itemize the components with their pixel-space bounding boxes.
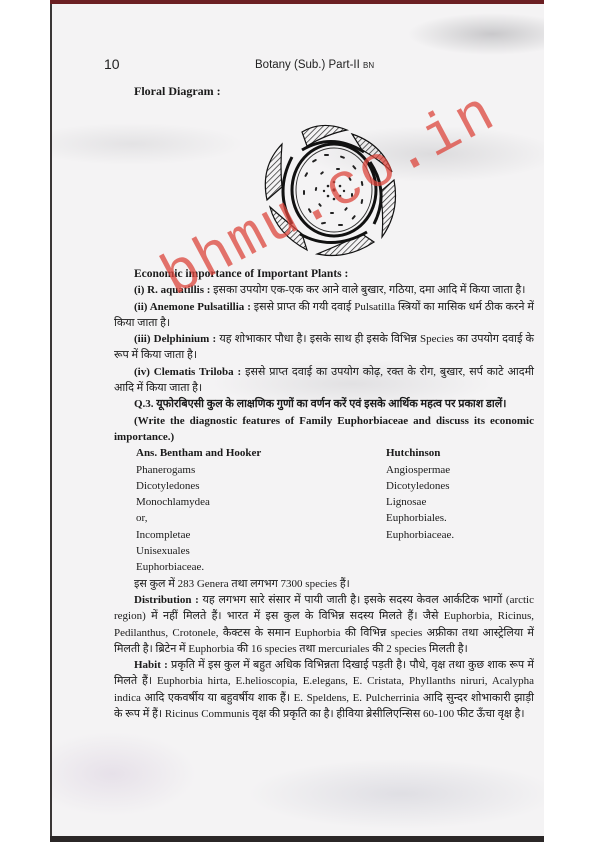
habit-paragraph: Habit : प्रकृति में इस कुल में बहुत अधिक… bbox=[114, 657, 534, 722]
economic-item: (ii) Anemone Pulsatillia : इससे प्राप्त … bbox=[114, 299, 534, 332]
classification-table: Ans. Bentham and Hooker Phanerogams Dico… bbox=[114, 445, 534, 575]
plant-name: (iii) Delphinium : bbox=[134, 333, 216, 345]
hutchinson-heading: Hutchinson bbox=[386, 445, 544, 461]
classification-rank: Unisexuales bbox=[136, 543, 386, 559]
plant-name: (ii) Anemone Pulsatillia : bbox=[134, 301, 251, 313]
question-english-text: (Write the diagnostic features of Family… bbox=[114, 415, 534, 443]
classification-rank: Incompletae bbox=[136, 527, 386, 543]
floral-diagram-icon bbox=[252, 112, 412, 262]
running-header-code: BN bbox=[363, 61, 374, 70]
classification-rank: Lignosae bbox=[386, 494, 544, 510]
page-body: Economic importance of Important Plants … bbox=[114, 266, 534, 722]
hutchinson-column: Hutchinson Angiospermae Dicotyledones Li… bbox=[386, 445, 544, 575]
classification-rank: or, bbox=[136, 510, 386, 526]
plant-name: (i) R. aquatillis : bbox=[134, 284, 210, 296]
running-header-title: Botany (Sub.) Part-II bbox=[255, 59, 360, 71]
habit-text: प्रकृति में इस कुल में बहुत अधिक विभिन्न… bbox=[114, 659, 534, 720]
distribution-label: Distribution : bbox=[134, 594, 199, 606]
economic-item: (iii) Delphinium : यह शोभाकार पौधा है। इ… bbox=[114, 331, 534, 364]
economic-item: (i) R. aquatillis : इसका उपयोग एक-एक कर … bbox=[114, 282, 534, 298]
question-hindi-text: Q.3. यूफोरबिएसी कुल के लाक्षणिक गुणों का… bbox=[134, 398, 506, 410]
economic-importance-heading: Economic importance of Important Plants … bbox=[114, 266, 534, 282]
classification-rank: Euphorbiales. bbox=[386, 510, 544, 526]
floral-diagram-title: Floral Diagram : bbox=[134, 84, 221, 99]
plant-use: इसका उपयोग एक-एक कर आने वाले बुखार, गठिय… bbox=[210, 284, 525, 296]
plant-name: (iv) Clematis Triloba : bbox=[134, 366, 241, 378]
classification-rank: Euphorbiaceae. bbox=[136, 559, 386, 575]
distribution-paragraph: Distribution : यह लगभग सारे संसार में पा… bbox=[114, 592, 534, 657]
classification-rank: Dicotyledones bbox=[386, 478, 544, 494]
bottom-edge-strip bbox=[50, 836, 544, 842]
economic-item: (iv) Clematis Triloba : इससे प्राप्त दवा… bbox=[114, 364, 534, 397]
running-header: Botany (Sub.) Part-II BN bbox=[255, 59, 374, 71]
page-number: 10 bbox=[104, 56, 120, 72]
classification-rank: Monochlamydea bbox=[136, 494, 386, 510]
classification-rank: Dicotyledones bbox=[136, 478, 386, 494]
bentham-hooker-heading: Ans. Bentham and Hooker bbox=[136, 445, 386, 461]
family-count: इस कुल में 283 Genera तथा लगभग 7300 spec… bbox=[114, 576, 534, 592]
book-page: 10 Botany (Sub.) Part-II BN Floral Diagr… bbox=[50, 4, 544, 838]
classification-rank: Phanerogams bbox=[136, 462, 386, 478]
question-hindi: Q.3. यूफोरबिएसी कुल के लाक्षणिक गुणों का… bbox=[114, 396, 534, 412]
classification-rank: Euphorbiaceae. bbox=[386, 527, 544, 543]
habit-label: Habit : bbox=[134, 659, 168, 671]
question-english: (Write the diagnostic features of Family… bbox=[114, 413, 534, 446]
bentham-hooker-column: Ans. Bentham and Hooker Phanerogams Dico… bbox=[136, 445, 386, 575]
classification-rank: Angiospermae bbox=[386, 462, 544, 478]
